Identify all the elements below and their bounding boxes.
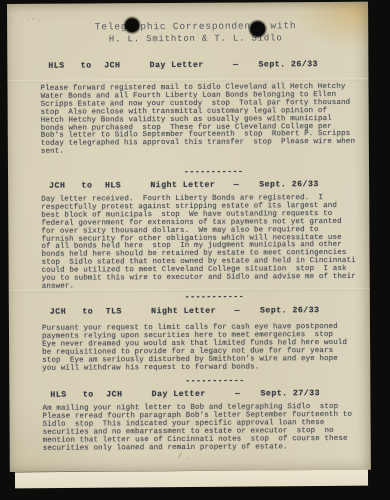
to-word: to (81, 61, 99, 70)
punch-hole-icon (250, 21, 265, 36)
message-date: Sept. 26/33 (260, 306, 320, 315)
dash: — (234, 180, 254, 189)
message-type: Day Letter (150, 61, 228, 70)
recipient-initials: TLS (106, 307, 146, 316)
message-type: Night Letter (151, 307, 229, 316)
scanned-telegram-page: - ·''· Telegraphic Correspondence with H… (7, 2, 371, 472)
section-divider: ----------- (185, 377, 244, 386)
message-header-4: HLS to JCH Day Letter — Sept. 27/33 (50, 389, 320, 400)
recipient-initials: JCH (106, 390, 146, 399)
sender-initials: JCH (50, 308, 77, 317)
recipient-initials: JCH (104, 61, 144, 70)
message-date: Sept. 26/33 (258, 60, 318, 69)
message-body-2: Day letter received. Fourth Liberty Bond… (41, 195, 372, 292)
sender-initials: HLS (48, 62, 75, 71)
message-body-1: Please forward registered mail to Sidlo … (41, 84, 371, 157)
message-body-3: Pursuant your request to limit calls for… (42, 324, 372, 373)
message-date: Sept. 26/33 (259, 180, 319, 189)
section-divider: ----------- (184, 168, 243, 177)
message-date: Sept. 27/33 (260, 389, 320, 398)
dash: — (235, 389, 255, 398)
pencil-mark: / . (177, 452, 191, 462)
section-divider: ----------- (185, 293, 244, 302)
message-header-1: HLS to JCH Day Letter — Sept. 26/33 (48, 60, 318, 71)
message-type: Day Letter (152, 390, 230, 399)
message-header-3: JCH to TLS Night Letter — Sept. 26/33 (50, 306, 320, 317)
to-word: to (82, 307, 100, 316)
page-title: Telegraphic Correspondence with (15, 20, 376, 33)
correspondents-line: H. L. Smithton & T. L. Sidlo (15, 33, 376, 45)
underlying-sheet-edge (15, 470, 368, 489)
to-word: to (83, 390, 101, 399)
punch-hole-icon (125, 18, 139, 32)
sender-initials: JCH (49, 182, 76, 191)
message-body-4: Am mailing your night letter to Bob and … (42, 404, 372, 453)
recipient-initials: HLS (105, 181, 145, 190)
to-word: to (82, 181, 100, 190)
dash: — (233, 60, 253, 69)
message-type: Night Letter (150, 181, 228, 190)
sender-initials: HLS (50, 391, 77, 400)
dash: — (235, 306, 255, 315)
message-header-2: JCH to HLS Night Letter — Sept. 26/33 (49, 180, 319, 191)
